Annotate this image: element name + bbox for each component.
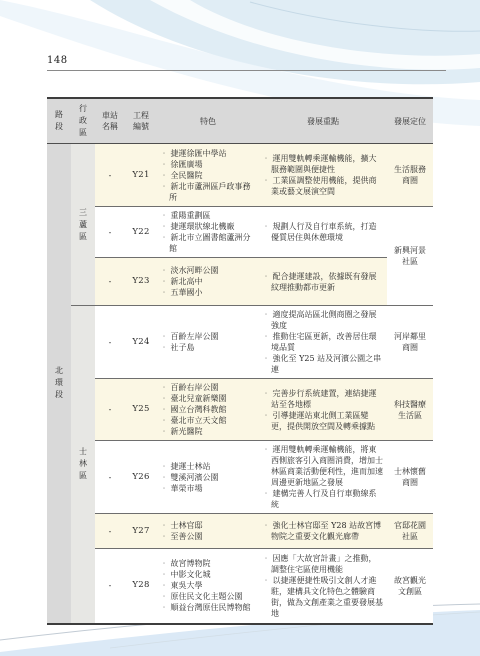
bullet-item: 東吳大學 — [160, 580, 256, 591]
header-development-positioning: 發展定位 — [387, 98, 433, 144]
bullet-item: 五華國小 — [160, 287, 256, 298]
bullet-item: 新北高中 — [160, 276, 256, 287]
project-code-cell: Y27 — [125, 514, 157, 549]
focus-list: 配合捷運建設，依據既有發展紋理推動都市更新 — [262, 271, 384, 293]
header-station-name: 車站名稱 — [95, 98, 125, 144]
positioning-cell: 生活服務商圈 — [387, 144, 433, 207]
bullet-item: 故宮博物院 — [160, 558, 256, 569]
road-section-cell: 北環段 — [47, 144, 71, 624]
header-district: 行政區 — [71, 98, 95, 144]
bullet-item: 新北市蘆洲區戶政事務所 — [160, 181, 256, 203]
bullet-item: 工業區調整使用機能，提供商業或藝文展演空間 — [262, 175, 384, 197]
features-list: 故宮博物院中影文化城東吳大學原住民文化主題公園順益台灣原住民博物館 — [160, 558, 256, 613]
district-cell-shilin: 士林區 — [71, 306, 95, 624]
header-project-code: 工程編號 — [125, 98, 157, 144]
project-code-cell: Y24 — [125, 306, 157, 379]
features-list: 百齡左岸公園社子島 — [160, 331, 256, 353]
station-name-cell: - — [95, 379, 125, 441]
bullet-item: 因應「大故宮計畫」之推動，調整住宅區使用機能 — [262, 553, 384, 575]
bullet-item: 運用雙軌轉乘運輸機能，將東西側旅客引入商圈消費，增加士林區商業活動便利性，進而加… — [262, 444, 384, 488]
table-row-y24: 士林區 - Y24 百齡左岸公園社子島 適度提高站區北側商圈之發展強度推動住宅區… — [47, 306, 433, 379]
focus-list: 強化士林官邸至 Y28 站故宮博物院之重要文化觀光廊帶 — [262, 520, 384, 542]
features-list: 捷運徐匯中學站徐匯廣場全民醫院新北市蘆洲區戶政事務所 — [160, 148, 256, 203]
bullet-item: 中影文化城 — [160, 569, 256, 580]
page-header-rule: 148 — [47, 48, 446, 71]
station-name-cell: - — [95, 514, 125, 549]
features-list: 百齡右岸公園臺北兒童新樂園國立台灣科教館臺北市立天文館新光醫院 — [160, 382, 256, 437]
bullet-item: 雙溪河濱公園 — [160, 472, 256, 483]
project-code-cell: Y25 — [125, 379, 157, 441]
features-list: 重陽重劃區捷運環狀線北機廠新北市立圖書館蘆洲分館 — [160, 210, 256, 254]
positioning-cell: 官邸花園社區 — [387, 514, 433, 549]
positioning-cell: 科技醫療生活區 — [387, 379, 433, 441]
station-name-cell: - — [95, 549, 125, 624]
table-row-y25: - Y25 百齡右岸公園臺北兒童新樂園國立台灣科教館臺北市立天文館新光醫院 完善… — [47, 379, 433, 441]
bullet-item: 配合捷運建設，依據既有發展紋理推動都市更新 — [262, 271, 384, 293]
header-road-section: 路段 — [47, 98, 71, 144]
header-development-focus: 發展重點 — [259, 98, 387, 144]
focus-list: 運用雙軌轉乘運輸機能，將東西側旅客引入商圈消費，增加士林區商業活動便利性，進而加… — [262, 444, 384, 510]
focus-list: 完善步行系統建置，連結捷運站至各地標引導捷運站東北側工業區變更，提供開放空間及轉… — [262, 388, 384, 432]
table-row-y23: - Y23 淡水河畔公園新北高中五華國小 配合捷運建設，依據既有發展紋理推動都市… — [47, 258, 433, 306]
bullet-item: 新北市立圖書館蘆洲分館 — [160, 232, 256, 254]
station-name-cell: - — [95, 207, 125, 258]
bullet-item: 士林官邸 — [160, 520, 256, 531]
document-page: 148 路段 行政區 車站名稱 工程編號 特色 發展重點 發展定位 北環段 三蘆… — [0, 0, 480, 656]
bullet-item: 捷運環狀線北機廠 — [160, 221, 256, 232]
bullet-item: 捷運徐匯中學站 — [160, 148, 256, 159]
bullet-item: 以捷運便捷性吸引文創人才進駐，建構具文化特色之體驗商街，做為文創產業之重要發展基… — [262, 575, 384, 619]
bullet-item: 華榮市場 — [160, 483, 256, 494]
bullet-item: 適度提高站區北側商圈之發展強度 — [262, 309, 384, 331]
focus-list: 規劃人行及自行車系統，打造優質居住與休憩環境 — [262, 221, 384, 243]
table-row-y27: - Y27 士林官邸至善公園 強化士林官邸至 Y28 站故宮博物院之重要文化觀光… — [47, 514, 433, 549]
header-features: 特色 — [157, 98, 259, 144]
bullet-item: 原住民文化主題公園 — [160, 591, 256, 602]
bullet-item: 全民醫院 — [160, 170, 256, 181]
features-list: 捷運士林站雙溪河濱公園華榮市場 — [160, 461, 256, 494]
positioning-cell-merged: 新興河景社區 — [387, 207, 433, 306]
bullet-item: 社子島 — [160, 342, 256, 353]
bullet-item: 規劃人行及自行車系統，打造優質居住與休憩環境 — [262, 221, 384, 243]
positioning-cell: 河岸鄰里商圈 — [387, 306, 433, 379]
bullet-item: 完善步行系統建置，連結捷運站至各地標 — [262, 388, 384, 410]
project-code-cell: Y26 — [125, 441, 157, 514]
features-list: 士林官邸至善公園 — [160, 520, 256, 542]
page-number: 148 — [47, 55, 68, 66]
bullet-item: 臺北兒童新樂園 — [160, 393, 256, 404]
project-code-cell: Y21 — [125, 144, 157, 207]
district-cell-sanlu: 三蘆區 — [71, 144, 95, 306]
bullet-item: 推動住宅區更新，改善居住環境品質 — [262, 331, 384, 353]
table-row-y22: - Y22 重陽重劃區捷運環狀線北機廠新北市立圖書館蘆洲分館 規劃人行及自行車系… — [47, 207, 433, 258]
bullet-item: 運用雙軌轉乘運輸機能，擴大服務範圍與便捷性 — [262, 153, 384, 175]
bullet-item: 強化至 Y25 站及河濱公園之串連 — [262, 353, 384, 375]
table-header-row: 路段 行政區 車站名稱 工程編號 特色 發展重點 發展定位 — [47, 98, 433, 144]
project-code-cell: Y22 — [125, 207, 157, 258]
bullet-item: 徐匯廣場 — [160, 159, 256, 170]
table-row-y21: 北環段 三蘆區 - Y21 捷運徐匯中學站徐匯廣場全民醫院新北市蘆洲區戶政事務所… — [47, 144, 433, 207]
positioning-cell: 士林懷舊商圈 — [387, 441, 433, 514]
features-list: 淡水河畔公園新北高中五華國小 — [160, 265, 256, 298]
station-name-cell: - — [95, 258, 125, 306]
focus-list: 適度提高站區北側商圈之發展強度推動住宅區更新，改善居住環境品質強化至 Y25 站… — [262, 309, 384, 375]
bullet-item: 順益台灣原住民博物館 — [160, 602, 256, 613]
bullet-item: 強化士林官邸至 Y28 站故宮博物院之重要文化觀光廊帶 — [262, 520, 384, 542]
bullet-item: 新光醫院 — [160, 426, 256, 437]
bullet-item: 百齡右岸公園 — [160, 382, 256, 393]
focus-list: 運用雙軌轉乘運輸機能，擴大服務範圍與便捷性工業區調整使用機能，提供商業或藝文展演… — [262, 153, 384, 197]
station-name-cell: - — [95, 306, 125, 379]
bullet-item: 國立台灣科教館 — [160, 404, 256, 415]
station-development-table: 路段 行政區 車站名稱 工程編號 特色 發展重點 發展定位 北環段 三蘆區 - … — [47, 97, 433, 625]
positioning-cell: 故宮觀光文創區 — [387, 549, 433, 624]
bullet-item: 引導捷運站東北側工業區變更，提供開放空間及轉乘據點 — [262, 410, 384, 432]
table-row-y28: - Y28 故宮博物院中影文化城東吳大學原住民文化主題公園順益台灣原住民博物館 … — [47, 549, 433, 624]
bullet-item: 百齡左岸公園 — [160, 331, 256, 342]
bullet-item: 重陽重劃區 — [160, 210, 256, 221]
bullet-item: 捷運士林站 — [160, 461, 256, 472]
focus-list: 因應「大故宮計畫」之推動，調整住宅區使用機能以捷運便捷性吸引文創人才進駐，建構具… — [262, 553, 384, 619]
bullet-item: 淡水河畔公園 — [160, 265, 256, 276]
project-code-cell: Y23 — [125, 258, 157, 306]
station-name-cell: - — [95, 441, 125, 514]
table-row-y26: - Y26 捷運士林站雙溪河濱公園華榮市場 運用雙軌轉乘運輸機能，將東西側旅客引… — [47, 441, 433, 514]
bullet-item: 臺北市立天文館 — [160, 415, 256, 426]
project-code-cell: Y28 — [125, 549, 157, 624]
station-name-cell: - — [95, 144, 125, 207]
bullet-item: 建構完善人行及自行車動線系統 — [262, 488, 384, 510]
bullet-item: 至善公園 — [160, 531, 256, 542]
